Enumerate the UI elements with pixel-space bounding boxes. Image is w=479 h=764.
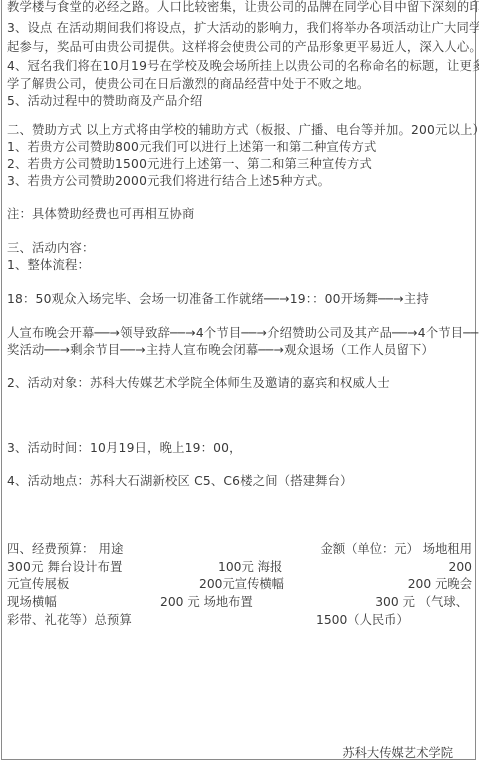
sponsorship-option-2: 2、若贵方公司赞助1500元进行上述第一、第二和第三种宣传方式 bbox=[7, 156, 372, 172]
budget-row-3-mid: 200元宣传横幅 bbox=[199, 576, 284, 592]
budget-row-2-left: 300元 舞台设计布置 bbox=[7, 559, 123, 575]
sponsorship-option-1: 1、若贵方公司赞助800元我们可以进行上述第一和第二种宣传方式 bbox=[7, 139, 377, 155]
activity-time: 3、活动时间：10月19日，晚上19：00， bbox=[7, 440, 242, 456]
intro-line-1: 教学楼与食堂的必经之路。人口比较密集，让贵公司的品牌在同学心目中留下深刻的印象。 bbox=[7, 0, 479, 15]
content-heading: 三、活动内容： bbox=[7, 240, 94, 256]
budget-row-4-right: 300 元 （气球、 bbox=[375, 594, 468, 610]
budget-amount-header: 金额（单位：元） 场地租用 bbox=[321, 541, 472, 557]
flow-title: 1、整体流程： bbox=[7, 257, 90, 273]
item-3-line-1: 3、设点 在活动期间我们将设点，扩大活动的影响力，我们将举办各项活动让广大同学一 bbox=[7, 20, 479, 36]
budget-row-4-left: 现场横幅 bbox=[7, 594, 57, 610]
budget-heading: 四、经费预算： 用途 bbox=[7, 541, 124, 557]
budget-total: 1500（人民币） bbox=[316, 612, 409, 628]
sponsorship-heading: 二、赞助方式 以上方式将由学校的辅助方式（板报、广播、电台等并加。200元以上） bbox=[7, 122, 479, 138]
activity-target: 2、活动对象：苏科大传媒艺术学院全体师生及邀请的嘉宾和权威人士 bbox=[7, 375, 390, 391]
sponsorship-option-3: 3、若贵方公司赞助2000元我们将进行结合上述5种方式。 bbox=[7, 173, 330, 189]
budget-row-3-right: 200 元晚会 bbox=[408, 576, 472, 592]
item-4-line-2: 学了解贵公司，使贵公司在日后激烈的商品经营中处于不败之地。 bbox=[7, 76, 369, 92]
flow-line-1: 18：50观众入场完毕、会场一切准备工作就绪──→19：：00开场舞──→主持 bbox=[7, 291, 429, 307]
budget-row-3-left: 元宣传展板 bbox=[7, 576, 70, 592]
sponsorship-note: 注：具体赞助经费也可再相互协商 bbox=[7, 206, 194, 222]
activity-location: 4、活动地点：苏科大石湖新校区 C5、C6楼之间（搭建舞台） bbox=[7, 473, 353, 489]
budget-row-4-mid: 200 元 场地布置 bbox=[160, 594, 253, 610]
item-3-line-2: 起参与，奖品可由贵公司提供。这样将会使贵公司的产品形象更平易近人，深入人心。 bbox=[7, 39, 479, 55]
budget-row-5-left: 彩带、礼花等）总预算 bbox=[7, 612, 132, 628]
budget-row-2-mid: 100元 海报 bbox=[218, 559, 282, 575]
flow-line-3: 奖活动──→剩余节目──→主持人宣布晚会闭幕──→观众退场（工作人员留下） bbox=[7, 342, 434, 358]
signature: 苏科大传媒艺术学院 bbox=[342, 745, 453, 761]
item-4-line-1: 4、冠名我们将在10月19号在学校及晚会场所挂上以贵公司的名称命名的标题，让更多… bbox=[7, 58, 479, 74]
budget-row-2-right: 200 bbox=[449, 559, 472, 575]
flow-line-2: 人宣布晚会开幕──→领导致辞──→4个节目──→介绍赞助公司及其产品──→4个节… bbox=[7, 325, 479, 341]
item-5: 5、活动过程中的赞助商及产品介绍 bbox=[7, 93, 202, 109]
